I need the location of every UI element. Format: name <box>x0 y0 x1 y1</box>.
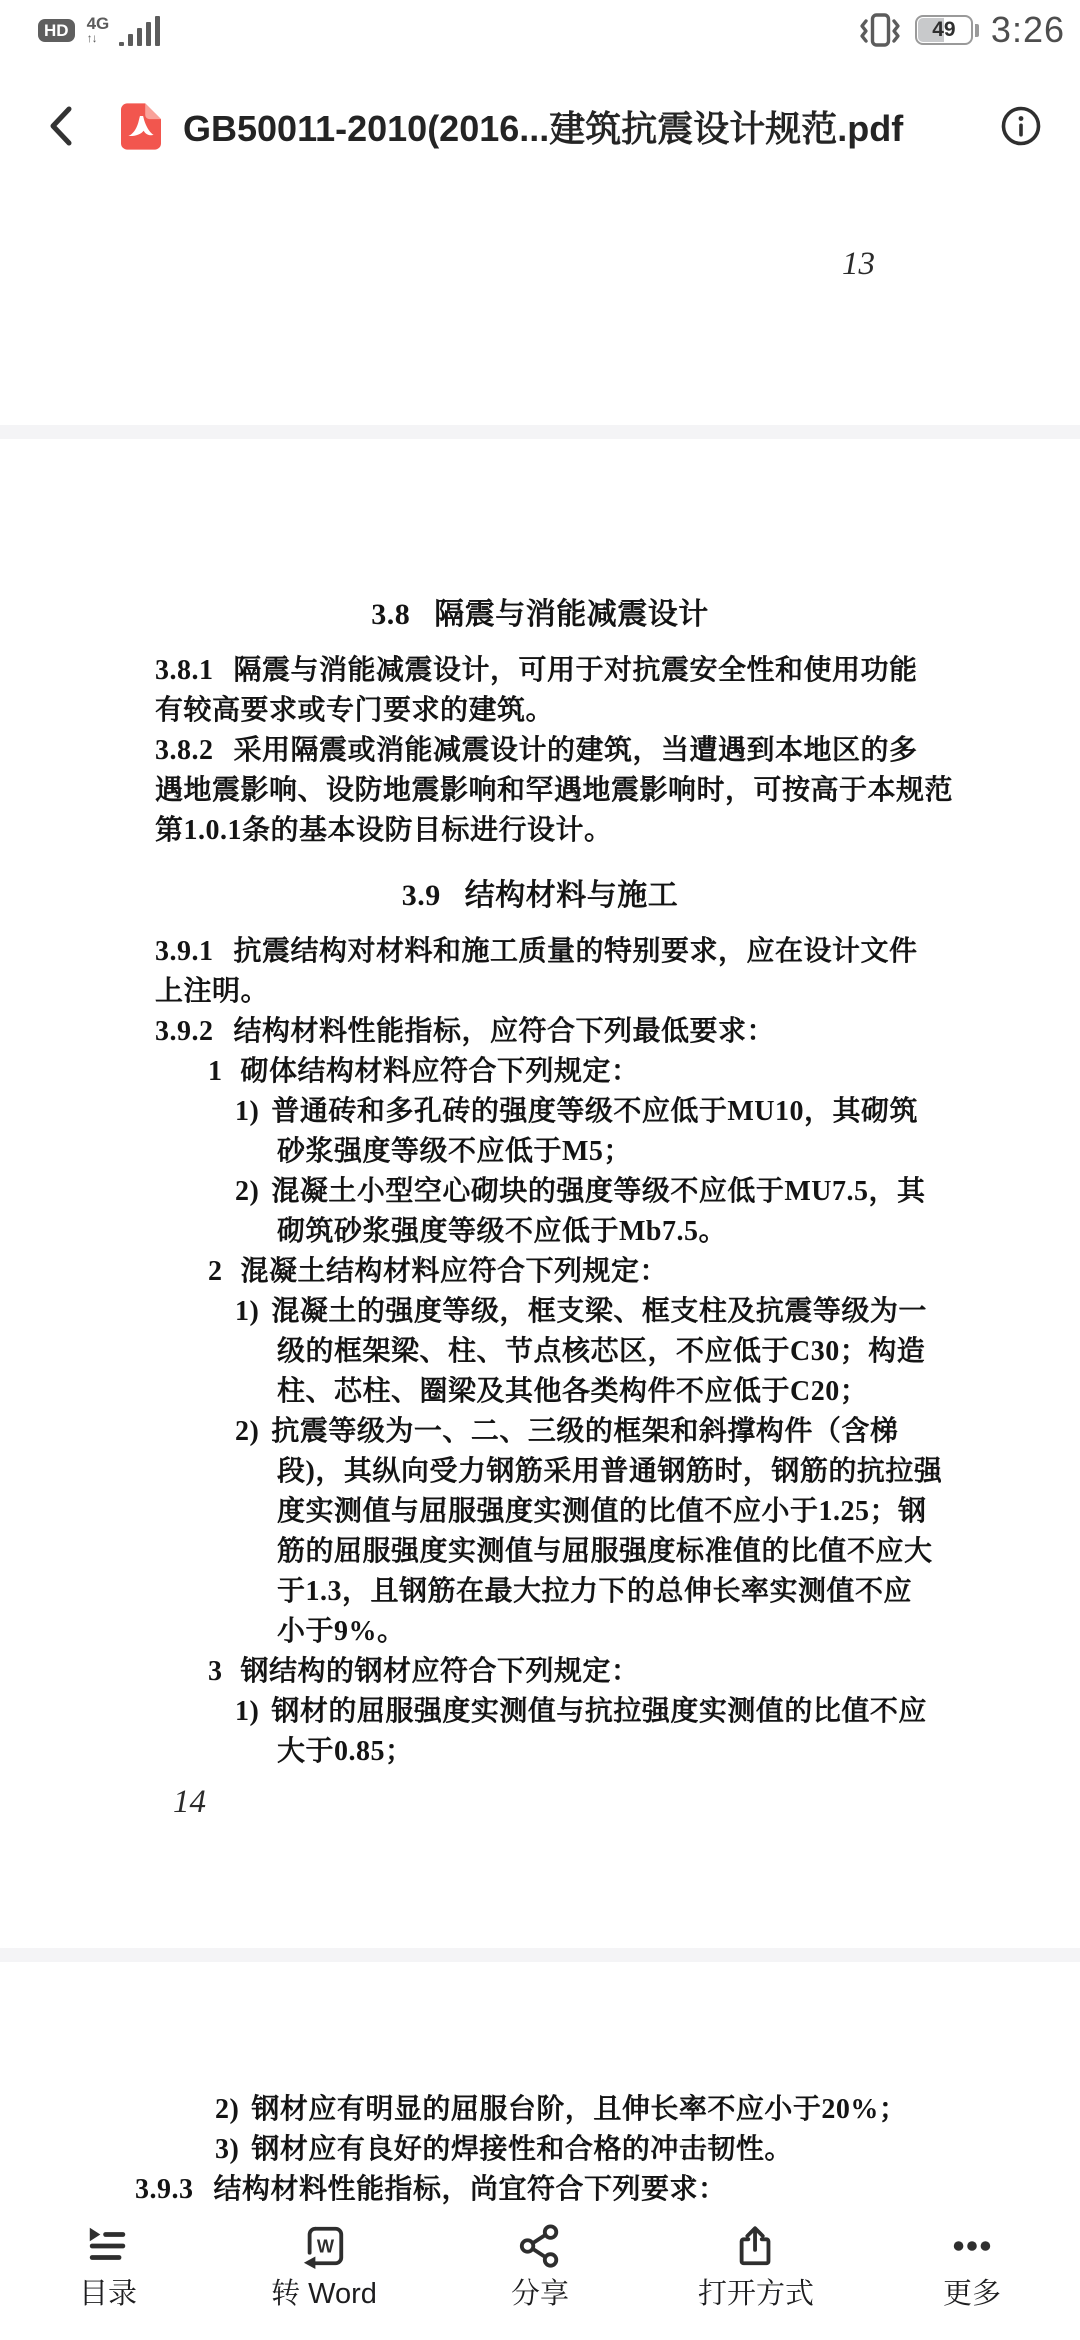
document-line: 上注明。 <box>155 972 925 1012</box>
document-line: 3.9.3结构材料性能指标，尚宜符合下列要求： <box>135 2170 945 2210</box>
line-text: 柱、芯柱、圈梁及其他各类构件不应低于C20； <box>277 1376 868 1407</box>
line-text: 于1.3，且钢筋在最大拉力下的总伸长率实测值不应 <box>277 1576 912 1607</box>
line-text: 砌体结构材料应符合下列规定： <box>241 1056 640 1087</box>
line-text: 砌筑砂浆强度等级不应低于Mb7.5。 <box>277 1216 727 1247</box>
document-line: 砂浆强度等级不应低于M5； <box>277 1132 925 1172</box>
vibrate-icon <box>857 10 903 50</box>
document-title: GB50011-2010(2016...建筑抗震设计规范.pdf <box>183 101 990 152</box>
info-icon <box>1000 105 1042 147</box>
line-text: 隔震与消能减震设计 <box>434 598 709 631</box>
line-text: 上注明。 <box>155 976 269 1007</box>
toolbar-item-convert-word[interactable]: W 转 Word <box>216 2212 432 2340</box>
line-label: 3.8 <box>371 598 410 631</box>
document-line: 2混凝土结构材料应符合下列规定： <box>208 1252 925 1292</box>
line-label: 1 <box>208 1056 223 1087</box>
clock: 3:26 <box>991 9 1065 51</box>
document-line: 3.9.2结构材料性能指标，应符合下列最低要求： <box>155 1012 925 1052</box>
open-with-icon <box>732 2222 780 2270</box>
battery-level: 49 <box>932 18 955 42</box>
line-text: 结构材料性能指标，尚宜符合下列要求： <box>214 2174 727 2205</box>
page-number: 13 <box>842 246 875 283</box>
line-text: 钢材应有明显的屈服台阶，且伸长率不应小于20%； <box>251 2094 907 2125</box>
document-line: 度实测值与屈服强度实测值的比值不应小于1.25；钢 <box>277 1492 925 1532</box>
svg-text:W: W <box>317 2237 335 2257</box>
line-label: 3.9.1 <box>155 936 214 967</box>
document-line: 1)钢材的屈服强度实测值与抗拉强度实测值的比值不应 <box>235 1692 925 1732</box>
line-text: 钢材应有良好的焊接性和合格的冲击韧性。 <box>251 2134 793 2165</box>
document-line: 筋的屈服强度实测值与屈服强度标准值的比值不应大 <box>277 1532 925 1572</box>
section-heading: 3.9结构材料与施工 <box>155 876 925 916</box>
document-line: 砌筑砂浆强度等级不应低于Mb7.5。 <box>277 1212 925 1252</box>
line-text: 混凝土结构材料应符合下列规定： <box>241 1256 669 1287</box>
line-text: 大于0.85； <box>277 1736 414 1767</box>
document-line: 3钢结构的钢材应符合下列规定： <box>208 1652 925 1692</box>
line-label: 1) <box>235 1696 259 1727</box>
line-text: 遇地震影响、设防地震影响和罕遇地震影响时，可按高于本规范 <box>155 775 953 806</box>
document-line: 3.8.1隔震与消能减震设计，可用于对抗震安全性和使用功能 <box>155 651 925 691</box>
toolbar-item-more[interactable]: 更多 <box>864 2212 1080 2340</box>
more-icon <box>948 2222 996 2270</box>
document-line: 小于9%。 <box>277 1612 925 1652</box>
line-text: 采用隔震或消能减震设计的建筑，当遭遇到本地区的多 <box>234 735 918 766</box>
line-text: 抗震等级为一、二、三级的框架和斜撑构件（含梯 <box>271 1416 898 1447</box>
line-text: 度实测值与屈服强度实测值的比值不应小于1.25；钢 <box>277 1496 927 1527</box>
document-line: 于1.3，且钢筋在最大拉力下的总伸长率实测值不应 <box>277 1572 925 1612</box>
signal-bars-icon <box>115 14 160 46</box>
toolbar-item-open-with[interactable]: 打开方式 <box>648 2212 864 2340</box>
line-label: 1) <box>235 1296 259 1327</box>
toolbar-item-toc[interactable]: 目录 <box>0 2212 216 2340</box>
document-line: 第1.0.1条的基本设防目标进行设计。 <box>155 811 925 851</box>
line-text: 抗震结构对材料和施工质量的特别要求，应在设计文件 <box>234 936 918 967</box>
line-text: 有较高要求或专门要求的建筑。 <box>155 695 554 726</box>
line-text: 小于9%。 <box>277 1616 406 1647</box>
line-label: 2) <box>235 1416 259 1447</box>
document-line: 大于0.85； <box>277 1732 925 1772</box>
document-line: 级的框架梁、柱、节点核芯区，不应低于C30；构造 <box>277 1332 925 1372</box>
document-line: 1)混凝土的强度等级，框支梁、框支柱及抗震等级为一 <box>235 1292 925 1332</box>
word-convert-icon: W <box>300 2222 348 2270</box>
line-text: 级的框架梁、柱、节点核芯区，不应低于C30；构造 <box>277 1336 925 1367</box>
document-line: 有较高要求或专门要求的建筑。 <box>155 691 925 731</box>
document-line: 1砌体结构材料应符合下列规定： <box>208 1052 925 1092</box>
battery-indicator: 49 <box>915 15 973 45</box>
pdf-page-13: 13 <box>0 192 1080 425</box>
network-type: 4G <box>87 16 110 32</box>
line-text: 第1.0.1条的基本设防目标进行设计。 <box>155 815 613 846</box>
line-text: 混凝土的强度等级，框支梁、框支柱及抗震等级为一 <box>271 1296 927 1327</box>
info-button[interactable] <box>1000 105 1042 147</box>
status-bar: HD 4G ↑↓ 49 3:26 <box>0 0 1080 60</box>
document-line: 2)钢材应有明显的屈服台阶，且伸长率不应小于20%； <box>215 2090 945 2130</box>
pdf-page-15: 2)钢材应有明显的屈服台阶，且伸长率不应小于20%；3)钢材应有良好的焊接性和合… <box>0 1962 1080 2212</box>
document-viewer[interactable]: 13 3.8隔震与消能减震设计3.8.1隔震与消能减震设计，可用于对抗震安全性和… <box>0 192 1080 2212</box>
toolbar-label: 分享 <box>511 2278 569 2310</box>
pdf-page-14: 3.8隔震与消能减震设计3.8.1隔震与消能减震设计，可用于对抗震安全性和使用功… <box>0 439 1080 1948</box>
document-line: 柱、芯柱、圈梁及其他各类构件不应低于C20； <box>277 1372 925 1412</box>
line-text: 筋的屈服强度实测值与屈服强度标准值的比值不应大 <box>277 1536 933 1567</box>
page-separator <box>0 425 1080 439</box>
document-line: 段)，其纵向受力钢筋采用普通钢筋时，钢筋的抗拉强 <box>277 1452 925 1492</box>
toolbar-label: 更多 <box>943 2278 1001 2310</box>
line-text: 普通砖和多孔砖的强度等级不应低于MU10，其砌筑 <box>271 1096 918 1127</box>
line-text: 砂浆强度等级不应低于M5； <box>277 1136 632 1167</box>
document-line: 2)抗震等级为一、二、三级的框架和斜撑构件（含梯 <box>235 1412 925 1452</box>
document-line: 1)普通砖和多孔砖的强度等级不应低于MU10，其砌筑 <box>235 1092 925 1132</box>
pdf-file-icon <box>121 103 161 150</box>
battery-nub <box>975 24 979 37</box>
toolbar-item-share[interactable]: 分享 <box>432 2212 648 2340</box>
line-label: 3 <box>208 1656 223 1687</box>
toolbar: 目录 W 转 Word 分享 <box>0 2212 1080 2340</box>
network-indicator: 4G ↑↓ <box>87 16 110 44</box>
line-text: 结构材料性能指标，应符合下列最低要求： <box>234 1016 776 1047</box>
toolbar-label: 打开方式 <box>698 2278 814 2310</box>
line-label: 3) <box>215 2134 239 2165</box>
document-line: 3.8.2采用隔震或消能减震设计的建筑，当遭遇到本地区的多 <box>155 731 925 771</box>
hd-volte-icon: HD <box>38 19 75 42</box>
line-label: 3.9.2 <box>155 1016 214 1047</box>
line-text: 混凝土小型空心砌块的强度等级不应低于MU7.5，其 <box>271 1176 925 1207</box>
line-label: 2) <box>215 2094 239 2125</box>
document-line: 遇地震影响、设防地震影响和罕遇地震影响时，可按高于本规范 <box>155 771 925 811</box>
page-separator <box>0 1948 1080 1962</box>
page-number: 14 <box>173 1782 925 1822</box>
back-button[interactable] <box>45 102 81 150</box>
section-heading: 3.8隔震与消能减震设计 <box>155 595 925 635</box>
line-label: 2 <box>208 1256 223 1287</box>
header: GB50011-2010(2016...建筑抗震设计规范.pdf <box>0 60 1080 192</box>
toc-icon <box>84 2222 132 2270</box>
document-line: 3.9.1抗震结构对材料和施工质量的特别要求，应在设计文件 <box>155 932 925 972</box>
line-label: 3.8.2 <box>155 735 214 766</box>
line-label: 3.8.1 <box>155 655 214 686</box>
line-text: 钢材的屈服强度实测值与抗拉强度实测值的比值不应 <box>271 1696 927 1727</box>
chevron-left-icon <box>45 103 75 149</box>
line-label: 1) <box>235 1096 259 1127</box>
line-text: 钢结构的钢材应符合下列规定： <box>241 1656 640 1687</box>
line-text: 段)，其纵向受力钢筋采用普通钢筋时，钢筋的抗拉强 <box>277 1456 942 1487</box>
document-line: 3)钢材应有良好的焊接性和合格的冲击韧性。 <box>215 2130 945 2170</box>
line-text: 隔震与消能减震设计，可用于对抗震安全性和使用功能 <box>234 655 918 686</box>
line-label: 3.9 <box>402 879 441 912</box>
toolbar-label: 目录 <box>79 2278 137 2310</box>
document-line: 2)混凝土小型空心砌块的强度等级不应低于MU7.5，其 <box>235 1172 925 1212</box>
line-label: 2) <box>235 1176 259 1207</box>
share-icon <box>516 2222 564 2270</box>
line-text: 结构材料与施工 <box>465 879 679 912</box>
data-arrows-icon: ↑↓ <box>87 32 97 44</box>
line-label: 3.9.3 <box>135 2174 194 2205</box>
toolbar-label: 转 Word <box>271 2278 377 2310</box>
